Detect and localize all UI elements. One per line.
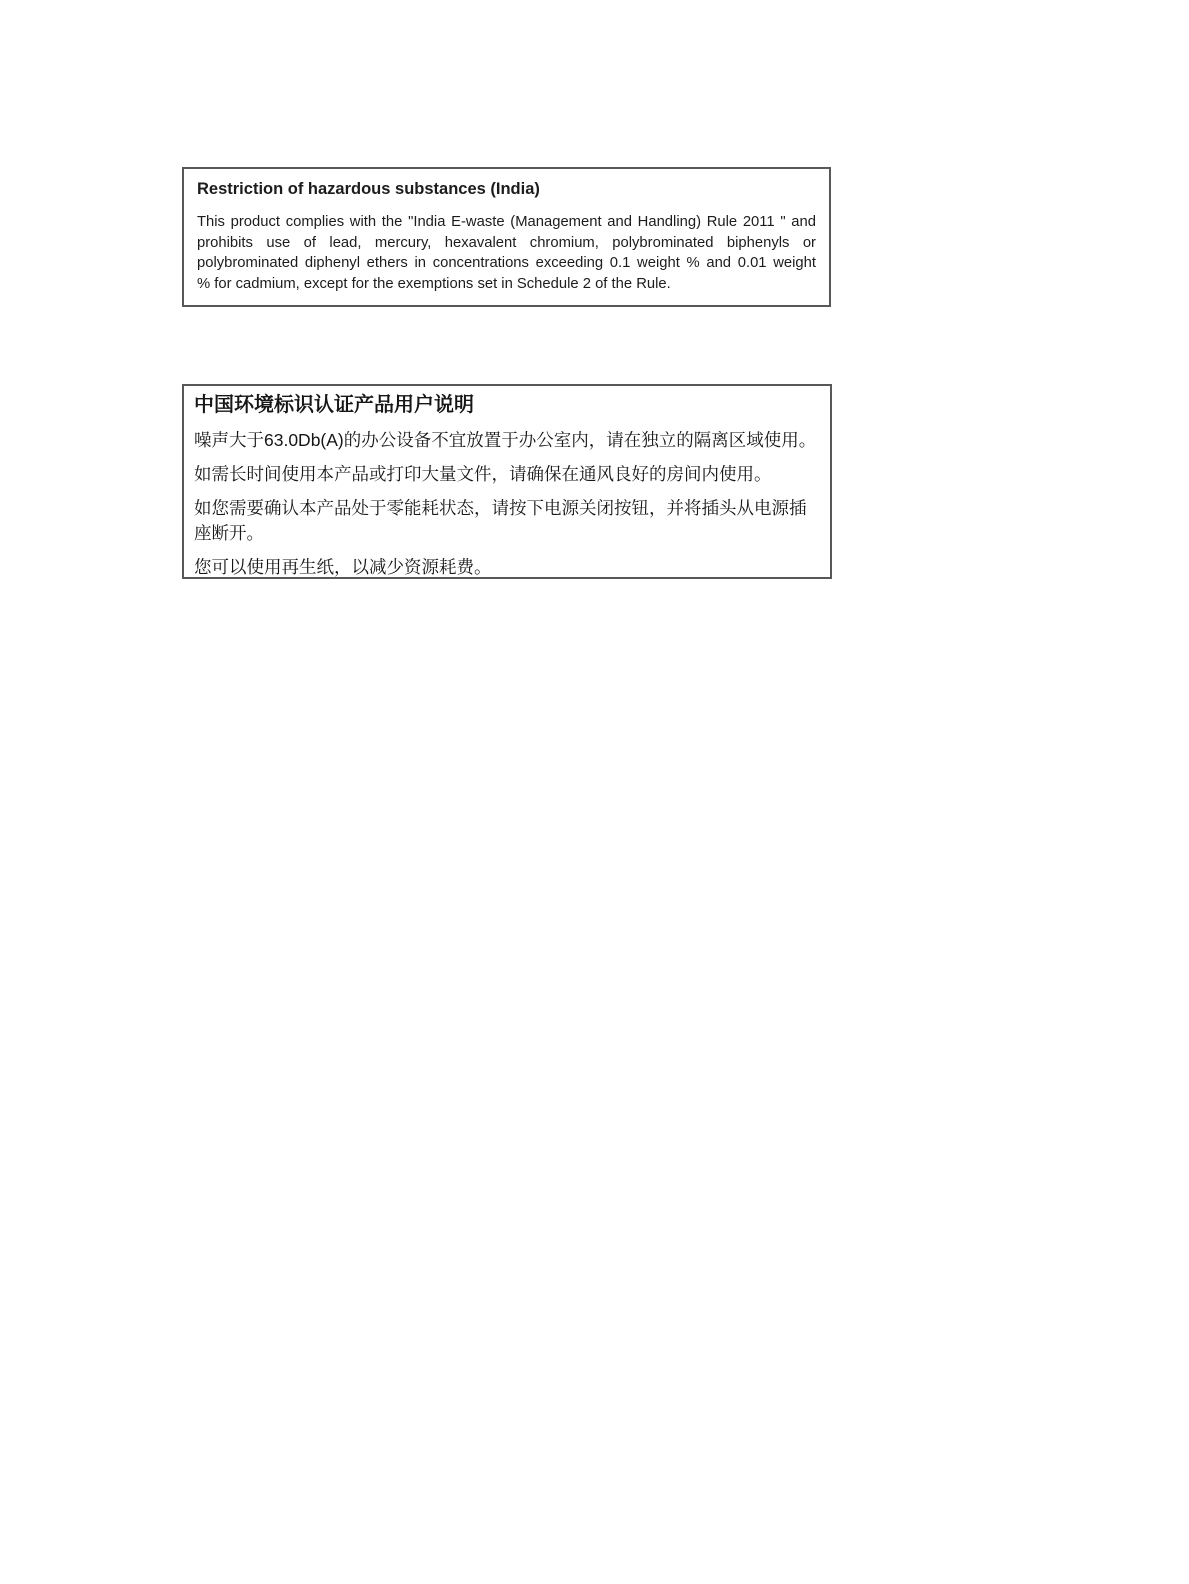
china-notice-paragraph-recycled-paper: 您可以使用再生纸，以减少资源耗费。 xyxy=(194,555,820,580)
india-notice-body: This product complies with the "India E-… xyxy=(197,212,816,294)
india-notice-title: Restriction of hazardous substances (Ind… xyxy=(197,179,816,199)
india-notice-body-line-1: This product complies with the "India E-… xyxy=(197,212,816,233)
china-notice-paragraph-noise: 噪声大于63.0Db(A)的办公设备不宜放置于办公室内，请在独立的隔离区域使用。 xyxy=(194,428,820,453)
china-notice-paragraph-ventilation: 如需长时间使用本产品或打印大量文件，请确保在通风良好的房间内使用。 xyxy=(194,462,820,487)
china-eco-label-notice-box: 中国环境标识认证产品用户说明 噪声大于63.0Db(A)的办公设备不宜放置于办公… xyxy=(182,384,832,579)
china-notice-paragraph-zero-energy: 如您需要确认本产品处于零能耗状态，请按下电源关闭按钮，并将插头从电源插座断开。 xyxy=(194,496,820,546)
india-notice-body-line-4: % for cadmium, except for the exemptions… xyxy=(197,274,816,295)
china-notice-title: 中国环境标识认证产品用户说明 xyxy=(194,392,820,419)
india-notice-body-line-2: prohibits use of lead, mercury, hexavale… xyxy=(197,233,816,254)
document-page: Restriction of hazardous substances (Ind… xyxy=(0,0,1189,1584)
india-rohs-notice-box: Restriction of hazardous substances (Ind… xyxy=(182,167,831,307)
india-notice-body-line-3: polybrominated diphenyl ethers in concen… xyxy=(197,253,816,274)
